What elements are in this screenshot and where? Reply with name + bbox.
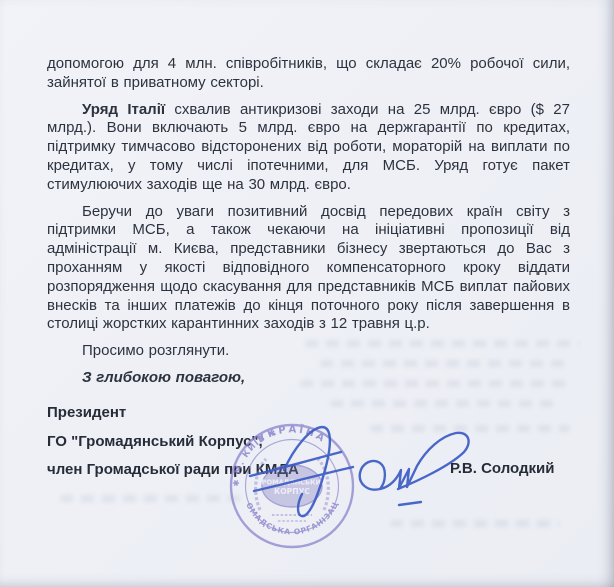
showthrough-smudge bbox=[330, 400, 560, 407]
letter-page: допомогою для 4 млн. співробітників, що … bbox=[0, 0, 614, 587]
please-consider-line: Просимо розглянути. bbox=[47, 342, 570, 361]
paragraph-request: Беручи до уваги позитивний досвід передо… bbox=[47, 203, 570, 335]
paragraph-continued: допомогою для 4 млн. співробітників, що … bbox=[47, 55, 570, 93]
bold-lead-italy: Уряд Італії bbox=[82, 101, 165, 118]
signer-name: Р.В. Солодкий bbox=[450, 460, 554, 477]
paragraph-italy: Уряд Італії схвалив антикризові заходи н… bbox=[47, 101, 570, 195]
showthrough-smudge bbox=[60, 495, 240, 502]
closing-salutation: З глибокою повагою, bbox=[47, 369, 570, 388]
letter-body: допомогою для 4 млн. співробітників, що … bbox=[47, 55, 570, 396]
